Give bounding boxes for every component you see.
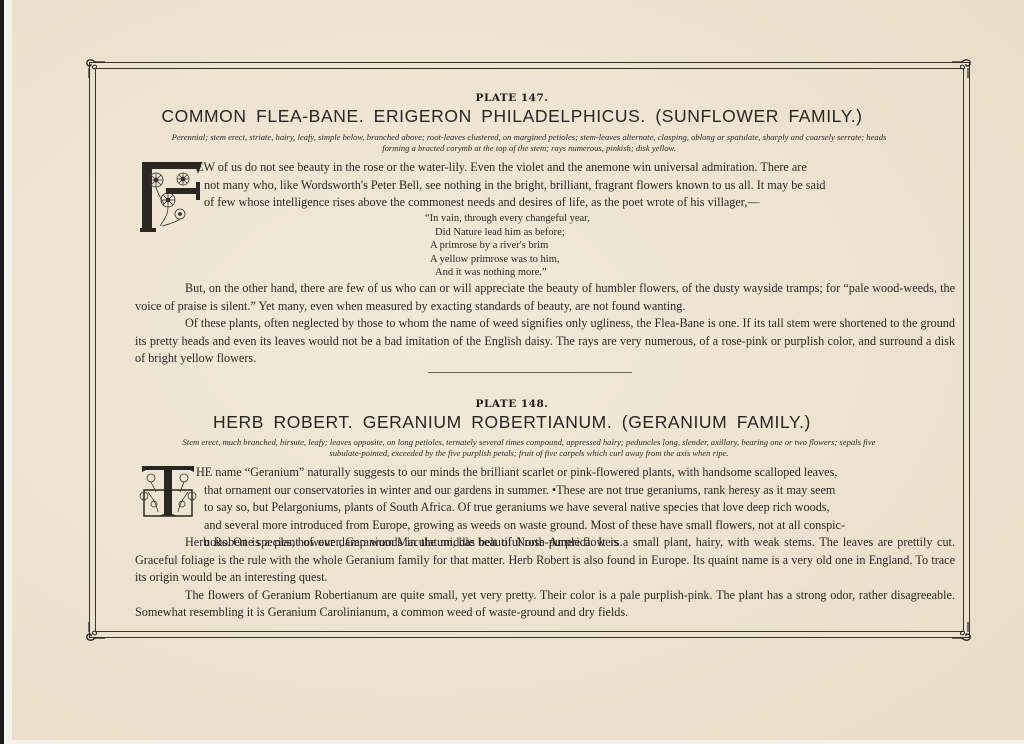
paragraph: But, on the other hand, there are few of… (135, 280, 955, 315)
intro-line: that ornament our conservatories in wint… (204, 482, 954, 500)
plate-description: Stem erect, much branched, hirsute, leaf… (112, 437, 946, 459)
intro-line: of few whose intelligence rises above th… (204, 194, 954, 212)
poem-line: And it was nothing more.” (425, 266, 590, 280)
intro-line: and several more introduced from Europe,… (204, 517, 954, 535)
plate-title: HERB ROBERT. GERANIUM ROBERTIANUM. (GERA… (0, 412, 1024, 433)
poem-quote: “In vain, through every changeful year, … (425, 212, 590, 280)
plate-number: PLATE 148. (0, 398, 1024, 410)
corner-scroll-icon (83, 622, 105, 644)
corner-scroll-icon (83, 56, 105, 78)
intro-line: to say so, but Pelargoniums, plants of S… (204, 499, 954, 517)
plate-148-body: Herb Robert is a plant of our damp woods… (135, 534, 955, 622)
poem-line: A yellow primrose was to him, (425, 253, 590, 267)
corner-scroll-icon (952, 622, 974, 644)
description-line: Perennial; stem erect, striate, hairy, l… (112, 132, 946, 143)
plate-147-intro: EW of us do not see beauty in the rose o… (204, 159, 954, 212)
poem-line: “In vain, through every changeful year, (425, 212, 590, 226)
plate-description: Perennial; stem erect, striate, hairy, l… (112, 132, 946, 154)
poem-line: Did Nature lead him as before; (425, 226, 590, 240)
intro-line: not many who, like Wordsworth's Peter Be… (204, 177, 954, 195)
plate-147-body: But, on the other hand, there are few of… (135, 280, 955, 368)
description-line: forming a bracted corymb at the top of t… (112, 143, 946, 154)
intro-line: EW of us do not see beauty in the rose o… (196, 159, 954, 177)
poem-line: A primrose by a river's brim (425, 239, 590, 253)
intro-line: HE name “Geranium” naturally suggests to… (196, 464, 954, 482)
plate-title: COMMON FLEA-BANE. ERIGERON PHILADELPHICU… (0, 106, 1024, 127)
paragraph: Of these plants, often neglected by thos… (135, 315, 955, 368)
paragraph: Herb Robert is a plant of our damp woods… (135, 534, 955, 587)
description-line: Stem erect, much branched, hirsute, leaf… (112, 437, 946, 448)
dropcap-t-flower-icon (138, 462, 198, 518)
plate-number: PLATE 147. (0, 92, 1024, 104)
description-line: subulate-pointed, exceeded by the five p… (112, 448, 946, 459)
corner-scroll-icon (952, 56, 974, 78)
paragraph: The flowers of Geranium Robertianum are … (135, 587, 955, 622)
section-divider (428, 372, 632, 373)
dropcap-f-flower-icon (138, 160, 202, 232)
